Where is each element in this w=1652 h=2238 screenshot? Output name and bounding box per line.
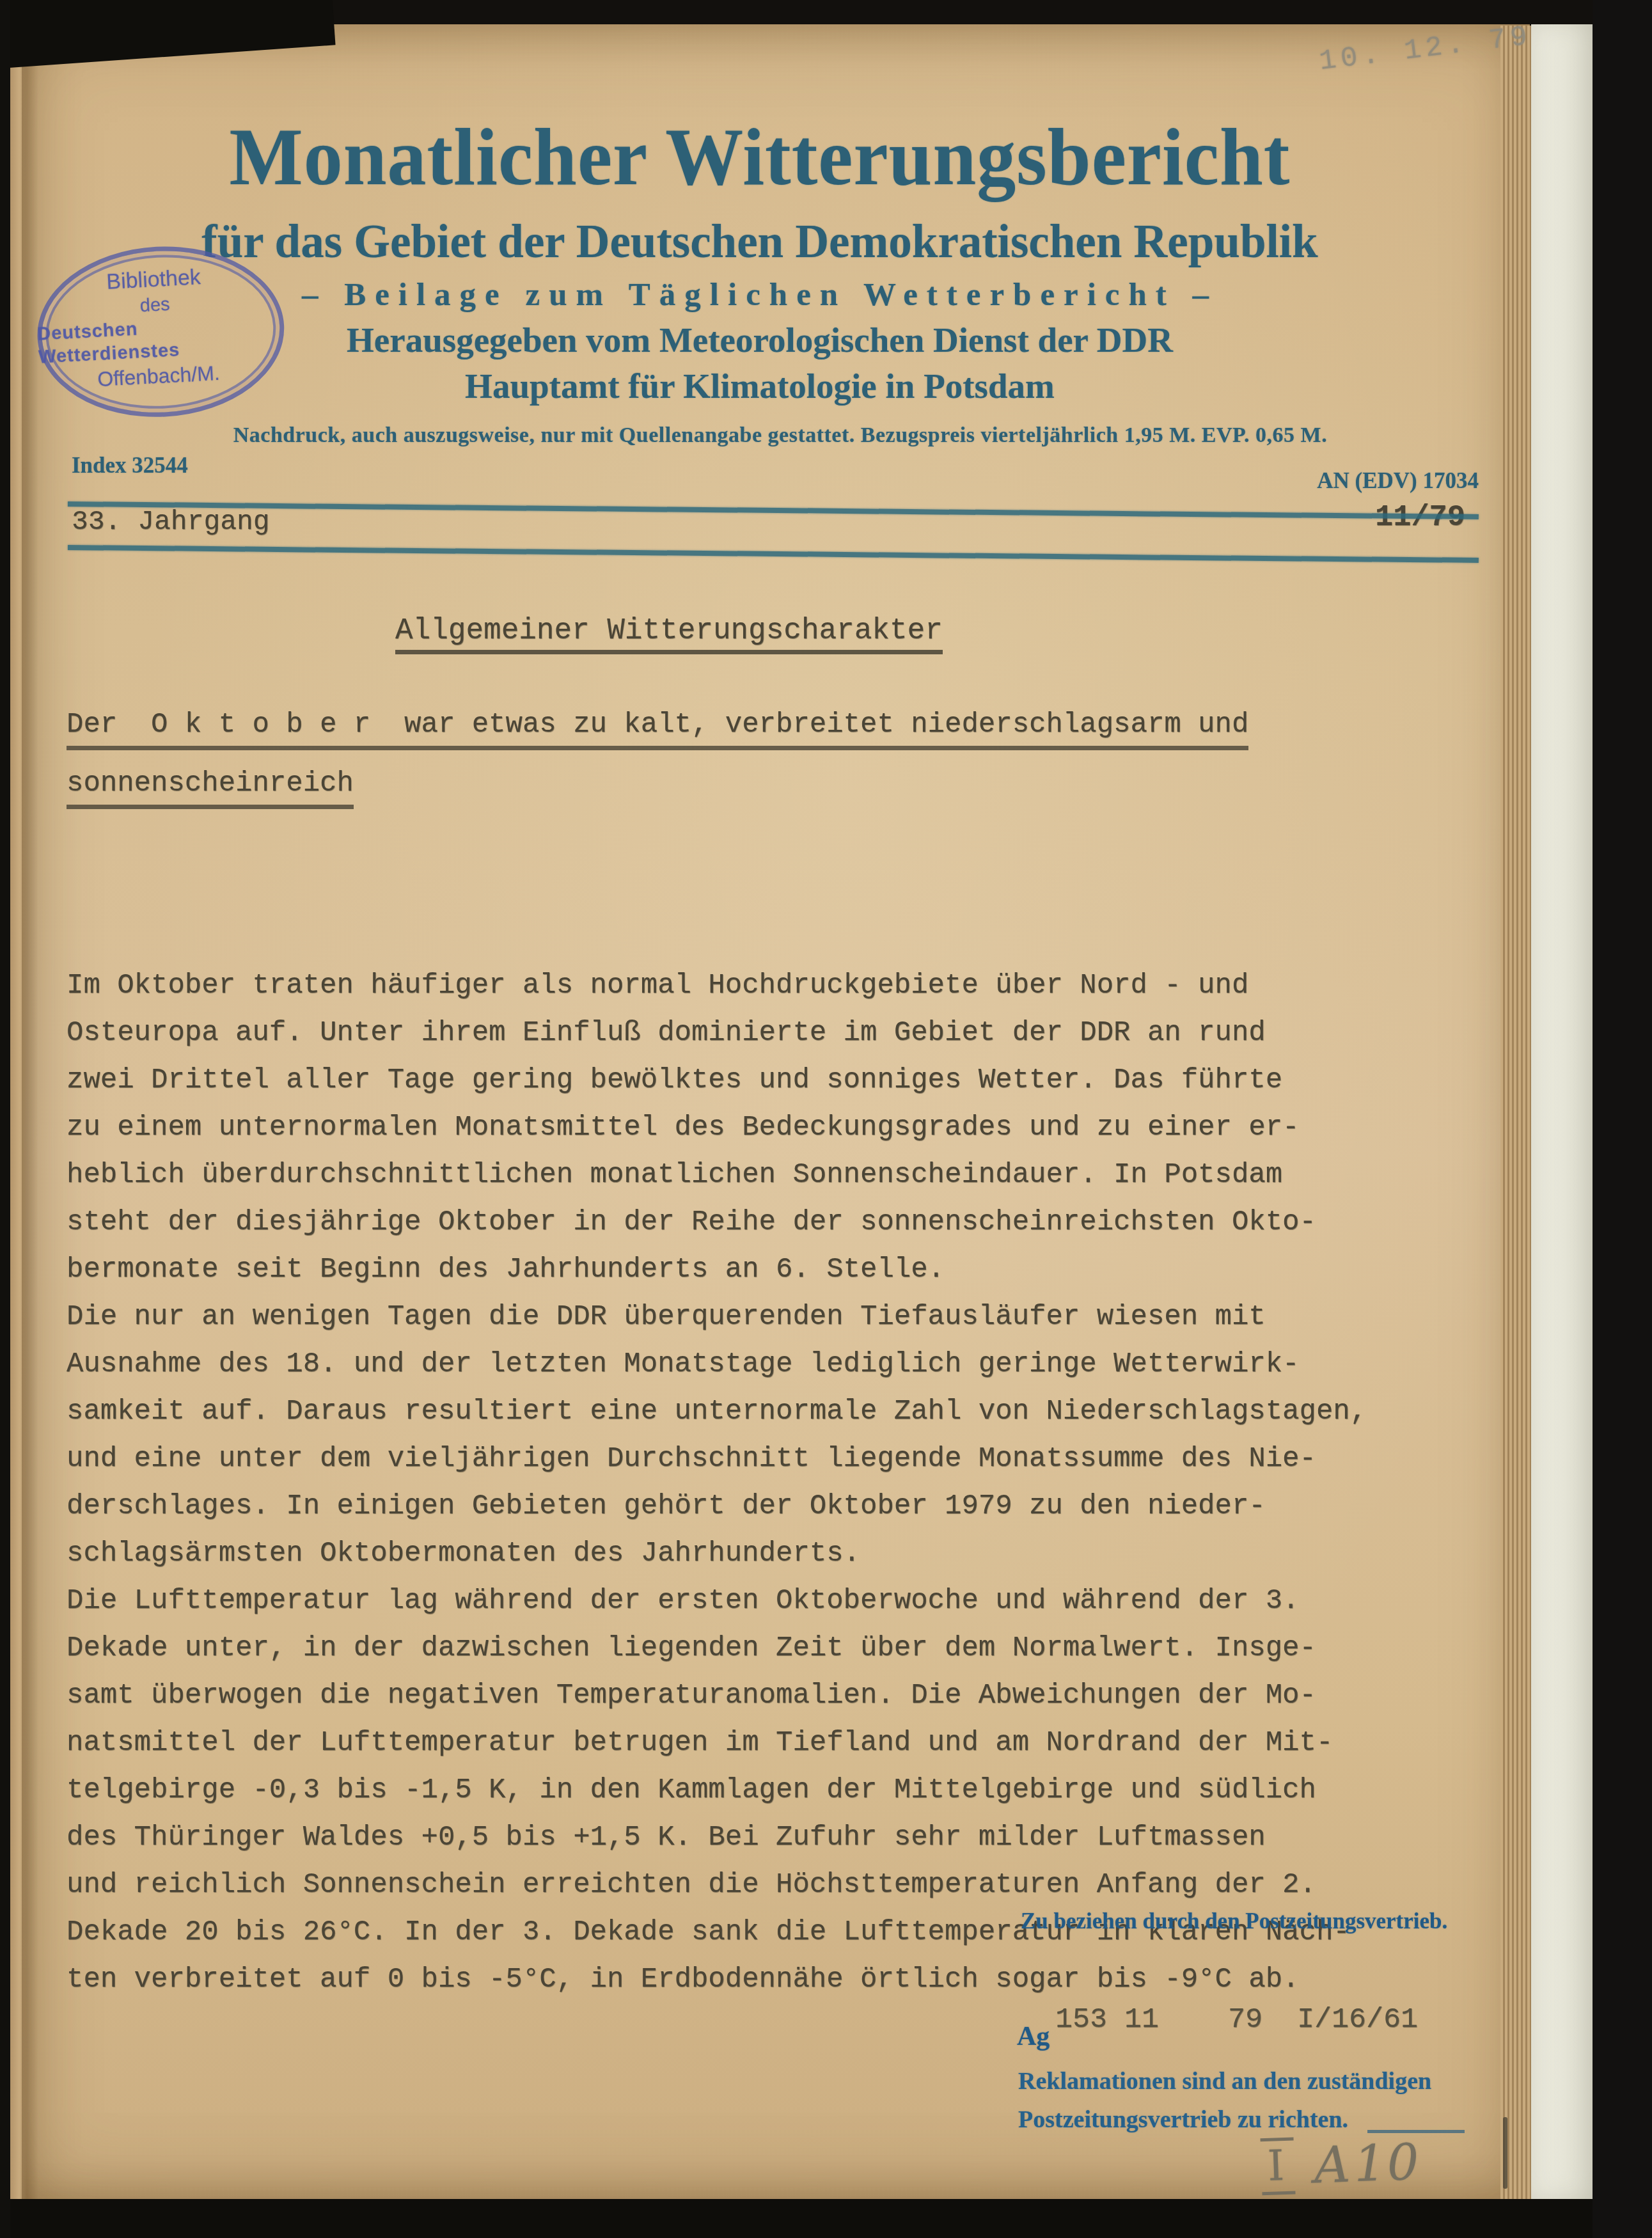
article-body-line: des Thüringer Waldes +0,5 bis +1,5 K. Be…: [67, 1814, 1367, 1861]
ag-label: Ag: [1017, 2021, 1050, 2052]
article-body-line: schlagsärmsten Oktobermonaten des Jahrhu…: [67, 1530, 1367, 1577]
page-title: Monatlicher Witterungsbericht: [0, 111, 1520, 204]
stamp-line-3: Deutschen Wetterdienstes: [36, 310, 276, 369]
article-body-line: samkeit auf. Daraus resultiert eine unte…: [67, 1388, 1367, 1435]
article-body-line: ten verbreitet auf 0 bis -5°C, in Erdbod…: [67, 1956, 1367, 2003]
lead-sentence-line2: sonnenscheinreich: [67, 768, 354, 809]
article-body-line: natsmittel der Lufttemperatur betrugen i…: [67, 1719, 1367, 1767]
print-permit-code: 153 11 79 I/16/61: [1055, 2003, 1418, 2036]
shelf-mark-letter: A: [1313, 2136, 1355, 2195]
pencil-tick-mark: [1503, 2117, 1507, 2189]
scanned-document-page: 10. 12. 79 Monatlicher Witterungsbericht…: [0, 0, 1652, 2238]
volume-label: 33. Jahrgang: [72, 506, 270, 537]
pencil-underline-mark: [1367, 2130, 1465, 2133]
reprint-notice: Nachdruck, auch auszugsweise, nur mit Qu…: [192, 423, 1369, 448]
article-body-line: bermonate seit Beginn des Jahrhunderts a…: [67, 1246, 1367, 1293]
stamp-line-4: Offenbach/M.: [97, 360, 220, 392]
right-binding: [1593, 0, 1652, 2238]
shelf-mark-roman-numeral: I: [1260, 2138, 1295, 2196]
article-body-line: Osteuropa auf. Unter ihrem Einfluß domin…: [67, 1009, 1367, 1057]
library-stamp-text: Bibliothek des Deutschen Wetterdienstes …: [33, 240, 279, 414]
article-body-line: heblich überdurchschnittlichen monatlich…: [67, 1151, 1367, 1199]
article-body-line: Die nur an wenigen Tagen die DDR überque…: [67, 1293, 1367, 1341]
article-body-line: Dekade unter, in der dazwischen liegende…: [67, 1625, 1367, 1672]
article-body-line: steht der diesjährige Oktober in der Rei…: [67, 1199, 1367, 1246]
article-body-line: Die Lufttemperatur lag während der erste…: [67, 1577, 1367, 1625]
article-body-line: zwei Drittel aller Tage gering bewölktes…: [67, 1057, 1367, 1104]
article-body-line: und reichlich Sonnenschein erreichten di…: [67, 1861, 1367, 1909]
article-body-line: Ausnahme des 18. und der letzten Monatst…: [67, 1341, 1367, 1388]
shelf-mark-number: 10: [1353, 2134, 1421, 2194]
section-heading: Allgemeiner Witterungscharakter: [395, 614, 943, 654]
an-edv-number: AN (EDV) 17034: [1248, 468, 1479, 494]
complaints-notice-line2: Postzeitungsvertrieb zu richten.: [1018, 2106, 1348, 2134]
index-number: Index 32544: [72, 453, 188, 478]
article-body-line: derschlages. In einigen Gebieten gehört …: [67, 1483, 1367, 1530]
distribution-notice: Zu beziehen durch den Postzeitungsvertri…: [1021, 1909, 1447, 1934]
article-body: Im Oktober traten häufiger als normal Ho…: [67, 820, 1367, 2003]
article-body-line: und eine unter dem vieljährigen Durchsch…: [67, 1435, 1367, 1483]
article-body-line: zu einem unternormalen Monatsmittel des …: [67, 1104, 1367, 1151]
lead-sentence-line1: Der O k t o b e r war etwas zu kalt, ver…: [67, 709, 1248, 750]
handwritten-shelf-mark: I A10: [1261, 2134, 1421, 2197]
article-body-line: samt überwogen die negativen Temperatura…: [67, 1672, 1367, 1719]
stamp-line-2: des: [139, 293, 171, 318]
article-body-line: Im Oktober traten häufiger als normal Ho…: [67, 962, 1367, 1009]
library-stamp: Bibliothek des Deutschen Wetterdienstes …: [33, 240, 279, 414]
bottom-binding: [0, 2199, 1652, 2238]
article-body-line: telgebirge -0,3 bis -1,5 K, in den Kamml…: [67, 1767, 1367, 1814]
complaints-notice-line1: Reklamationen sind an den zuständigen: [1018, 2067, 1431, 2095]
stamp-line-1: Bibliothek: [106, 264, 201, 296]
underlying-page-edge: [1531, 19, 1594, 2203]
